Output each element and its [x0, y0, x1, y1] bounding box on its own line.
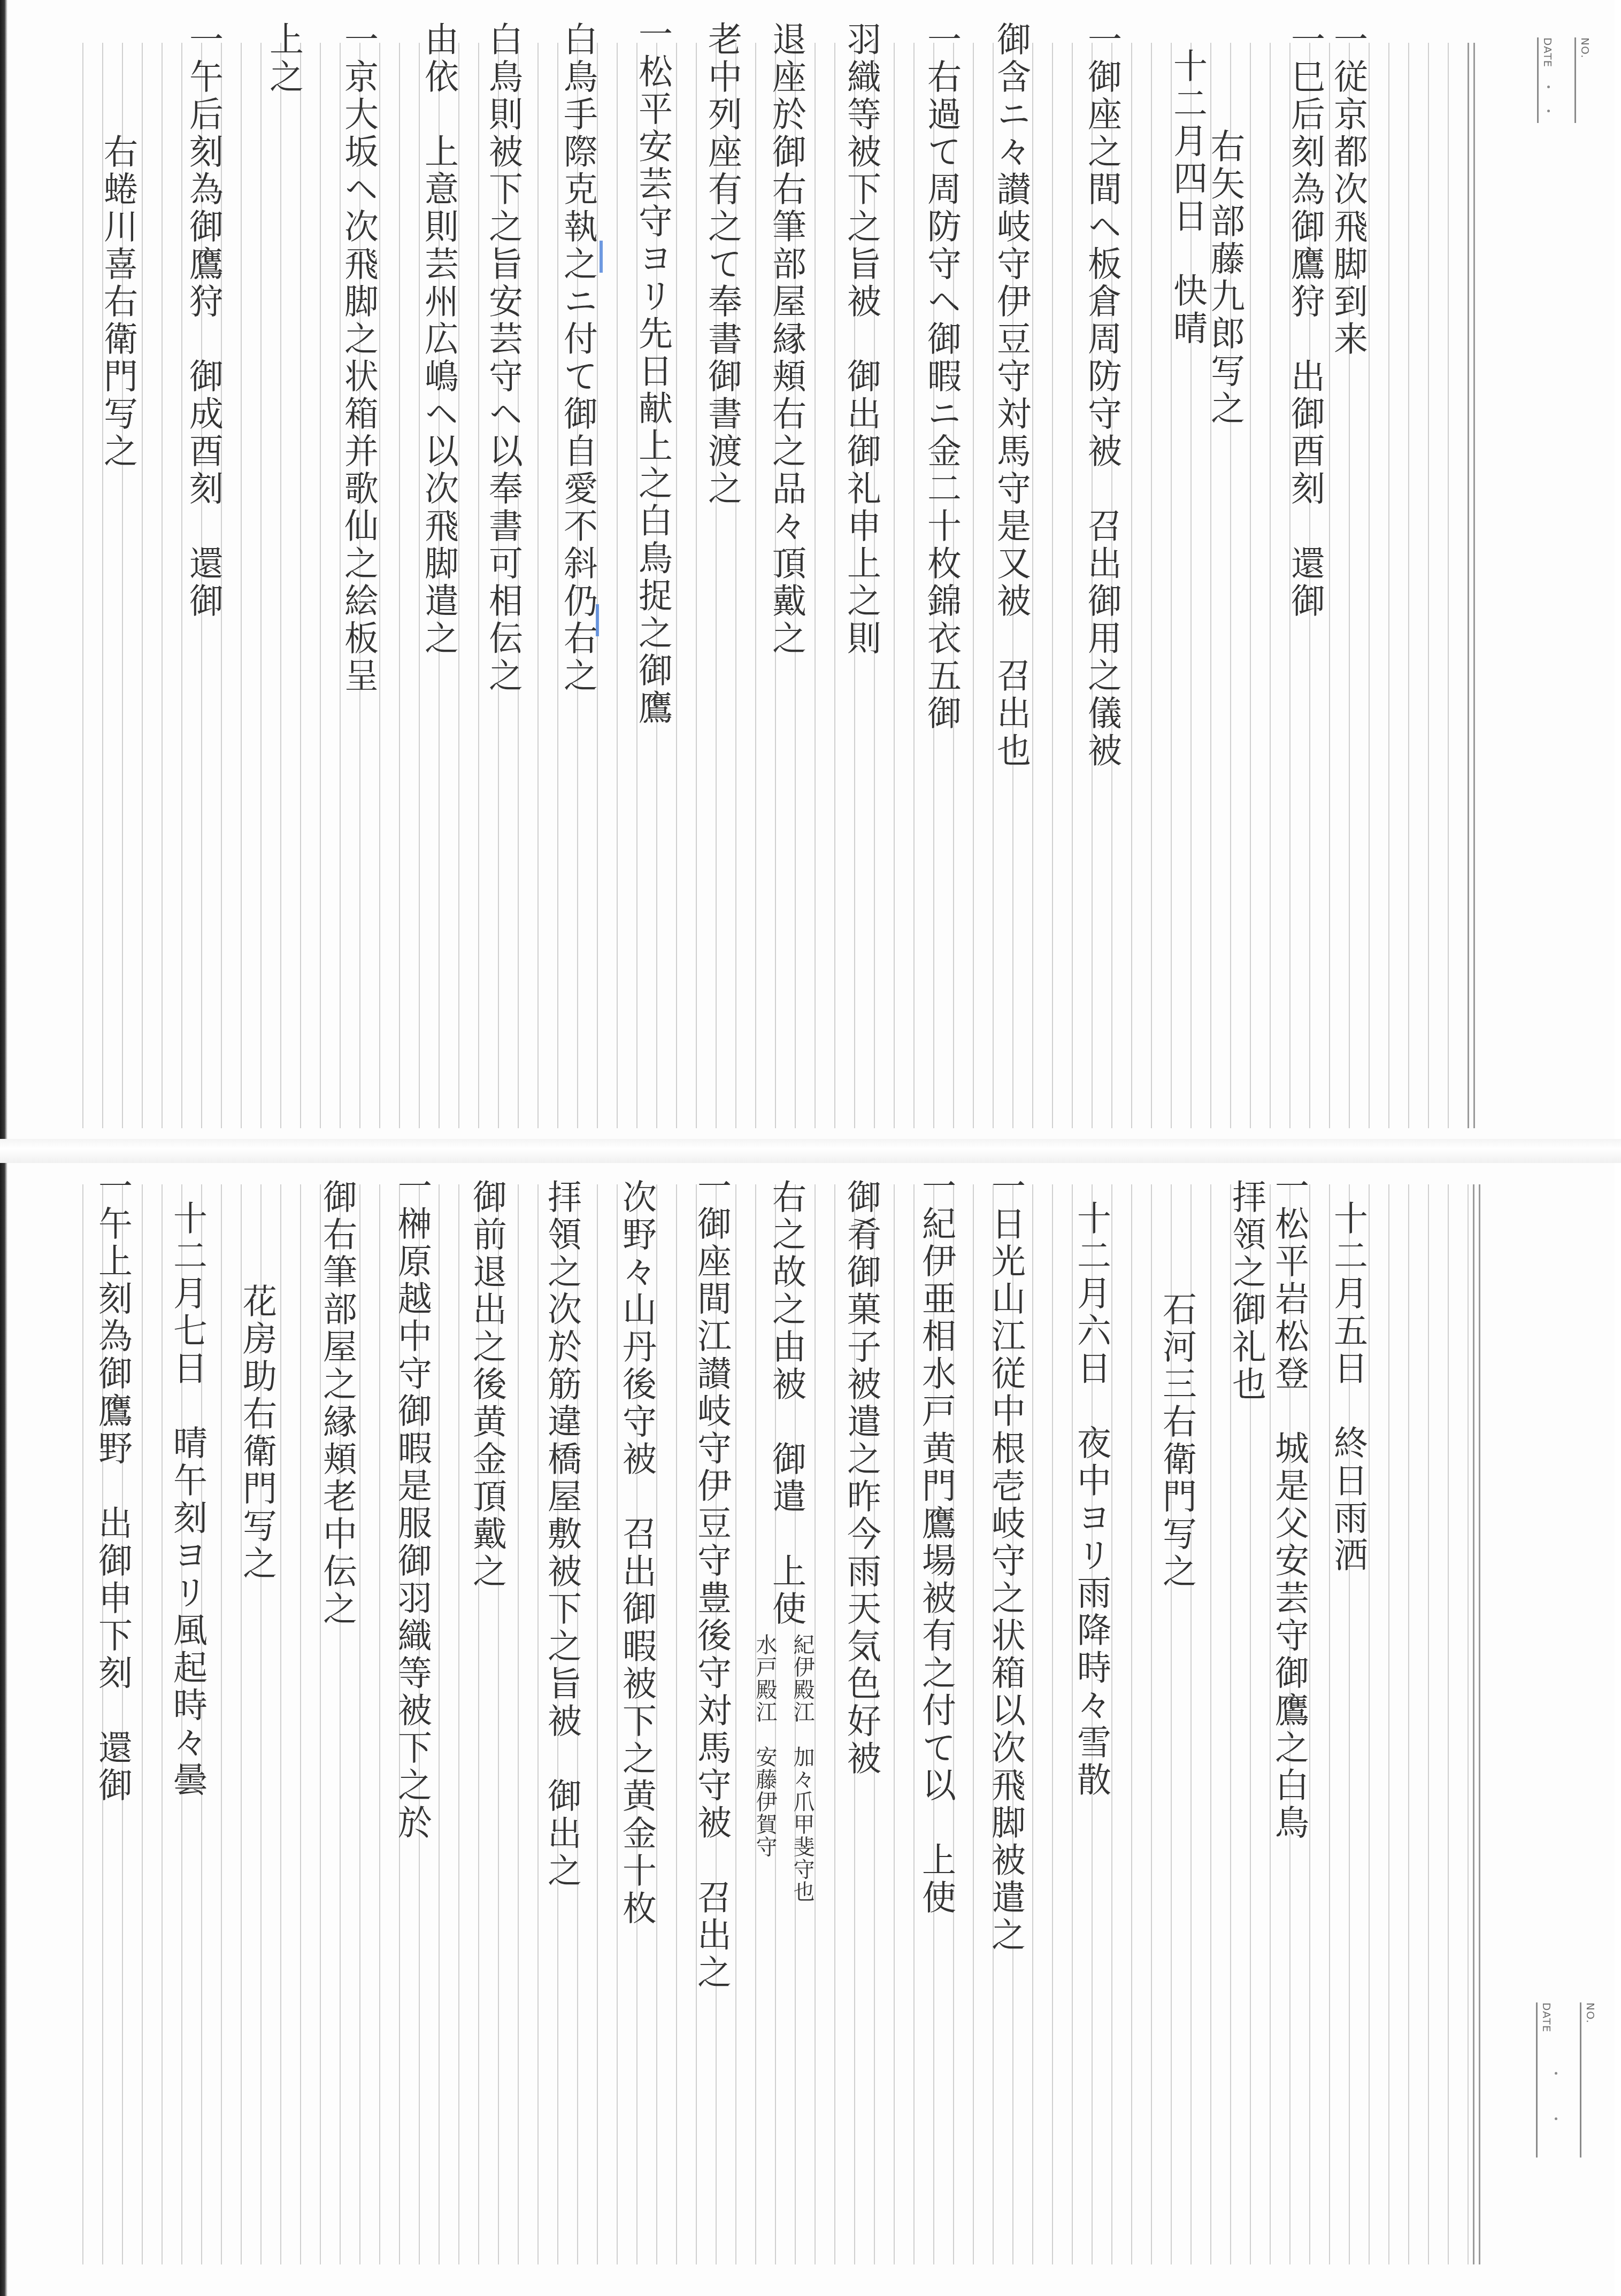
ruled-line [1428, 43, 1429, 1128]
handwritten-column: 一午后刻為御鷹狩 御成酉刻 還御 [184, 21, 222, 620]
handwritten-column: 御肴御菓子被遣之昨今雨天気色好被 [842, 1179, 880, 1778]
ruled-line [1032, 1184, 1033, 2264]
date-separator-dot [1555, 2072, 1557, 2075]
ruled-line [617, 43, 618, 1128]
ruled-line [1111, 1184, 1112, 2264]
no-field-line [1580, 2002, 1581, 2158]
handwritten-column: 白鳥手際克執之ニ付て御自愛不斜仍右之 [558, 21, 597, 695]
ruled-line [300, 1184, 301, 2264]
handwritten-column: 一日光山江従中根壱岐守之状箱以次飛脚被遣之 [986, 1168, 1025, 1954]
ruled-line [894, 43, 895, 1128]
ruled-line [1052, 1184, 1053, 2264]
handwritten-column: 一松平岩松登 城是父安芸守御鷹之白鳥 [1270, 1168, 1308, 1842]
ruled-line [1072, 43, 1073, 1128]
handwritten-column: 拝領之次於筋違橋屋敷被下之旨被 御出之 [542, 1179, 581, 1890]
handwritten-column: 一巳后刻為御鷹狩 出御酉刻 還御 [1286, 21, 1324, 620]
date-separator-dot [1547, 110, 1550, 112]
ruled-line [82, 43, 83, 1128]
ruled-line [1032, 43, 1033, 1128]
handwritten-column: 一右過て周防守ヘ御暇ニ金二十枚錦衣五御 [922, 21, 961, 733]
date-separator-dot [1555, 2117, 1557, 2120]
ruled-line [399, 43, 400, 1128]
blue-ink-mark [596, 604, 599, 636]
handwritten-column: 御含ニ々讃岐守伊豆守対馬守是又被 召出也 [992, 21, 1030, 770]
ruled-line [1448, 1184, 1449, 2264]
ruled-line [162, 43, 163, 1128]
page-margin-double-rule [1468, 43, 1475, 1128]
ruled-line [834, 43, 835, 1128]
handwritten-column: 御右筆部屋之縁頬老中伝之 [318, 1179, 356, 1628]
ruled-line [676, 1184, 677, 2264]
handwritten-column: 御前退出之後黄金頂戴之 [467, 1179, 506, 1591]
handwritten-column: 一御座間江讃岐守伊豆守豊後守対馬守被 召出之 [692, 1168, 731, 1992]
ruled-line [1131, 1184, 1132, 2264]
ruled-line [1369, 1184, 1370, 2264]
notebook-page-bottom: NO. DATE 十二月五日 終日雨洒一松平岩松登 城是父安芸守御鷹之白鳥拝領之… [7, 1163, 1615, 2296]
ruled-line [1408, 1184, 1409, 2264]
ruled-line [280, 1184, 281, 2264]
ruled-line [1448, 43, 1449, 1128]
handwritten-column: 一京大坂ヘ次飛脚之状箱并歌仙之絵板呈 [339, 21, 378, 695]
ruled-line [241, 43, 242, 1128]
page-header-box: NO. DATE [1494, 37, 1601, 198]
ruled-line [1151, 43, 1152, 1128]
ruled-line [913, 43, 915, 1128]
handwritten-column: 十二月五日 終日雨洒 [1328, 1200, 1367, 1575]
page-header-box: NO. DATE [1494, 1944, 1601, 2104]
ruled-line [359, 1184, 360, 2264]
ruled-line [1388, 43, 1389, 1128]
ruled-line [913, 1184, 915, 2264]
date-field-line [1537, 37, 1539, 123]
no-field-line [1574, 37, 1576, 123]
ruled-line [1210, 1184, 1211, 2264]
ruled-line [735, 1184, 736, 2264]
ruled-line [656, 1184, 657, 2264]
handwritten-column: 一紀伊亜相水戸黄門鷹場被有之付て以 上使 [917, 1168, 955, 1917]
ruled-line [320, 43, 321, 1128]
handwritten-column: 次野々山丹後守被 召出御暇被下之黄金十枚 [617, 1179, 656, 1928]
blue-ink-mark [600, 241, 603, 273]
handwritten-column: 十二月七日 晴午刻ヨリ風起時々曇 [168, 1200, 206, 1799]
ruled-line [518, 1184, 519, 2264]
handwritten-column: 右蜷川喜右衛門写之 [98, 134, 137, 471]
handwritten-column: 十二月四日 快晴 [1168, 48, 1207, 348]
ruled-line [1388, 1184, 1389, 2264]
handwritten-column: 一榊原越中守御暇是服御羽織等被下之於 [393, 1168, 431, 1842]
handwritten-column: 老中列座有之て奉書御書渡之 [703, 21, 741, 508]
page-margin-double-rule [1473, 1184, 1480, 2264]
ruled-line [676, 43, 677, 1128]
handwritten-column: 花房助右衛門写之 [237, 1283, 276, 1583]
ruled-line [379, 1184, 380, 2264]
ruled-line [181, 43, 182, 1128]
handwritten-column: 白鳥則被下之旨安芸守ヘ以奉書可相伝之 [483, 21, 522, 695]
ruled-line [1468, 1184, 1469, 2264]
handwritten-column: 右矢部藤九郎写之 [1205, 128, 1244, 428]
handwritten-column: 由依 上意則芸州広嶋ヘ以次飛脚遣之 [419, 21, 458, 658]
ruled-line [1408, 43, 1409, 1128]
handwritten-column: 一従京都次飛脚到来 [1328, 21, 1367, 358]
date-label: DATE [1541, 37, 1554, 67]
ruled-line [894, 1184, 895, 2264]
notebook-page-top: NO. DATE 一従京都次飛脚到来一巳后刻為御鷹狩 出御酉刻 還御右矢部藤九郎… [7, 0, 1615, 1139]
date-field-line [1536, 2002, 1538, 2158]
ruled-line [815, 43, 816, 1128]
ruled-line [1250, 43, 1251, 1128]
page-fold-gutter [0, 1139, 1621, 1163]
ruled-line [973, 1184, 974, 2264]
ruled-line [1309, 1184, 1310, 2264]
ruled-line [142, 1184, 143, 2264]
ruled-line [1131, 43, 1132, 1128]
ruled-line [458, 1184, 459, 2264]
ruled-line [439, 1184, 440, 2264]
ruled-line [300, 43, 301, 1128]
ruled-line [260, 43, 262, 1128]
ruled-line [973, 43, 974, 1128]
ruled-line [478, 43, 479, 1128]
ruled-line [597, 1184, 598, 2264]
handwritten-column: 水戸殿江 安藤伊賀守 [746, 1634, 784, 1858]
handwritten-column: 一午上刻為御鷹野 出御申下刻 還御 [93, 1168, 132, 1805]
ruled-line [1428, 1184, 1429, 2264]
date-separator-dot [1547, 86, 1550, 88]
ruled-line [834, 1184, 835, 2264]
handwritten-column: 石河三右衛門写之 [1157, 1291, 1196, 1591]
no-label: NO. [1584, 2002, 1597, 2023]
handwritten-column: 一松平安芸守ヨリ先日献上之白鳥捉之御鷹 [633, 16, 672, 727]
ruled-line [280, 43, 281, 1128]
ruled-line [537, 1184, 539, 2264]
ruled-line [1151, 1184, 1152, 2264]
ruled-line [82, 1184, 83, 2264]
no-label: NO. [1579, 37, 1592, 58]
handwritten-column: 一御座之間ヘ板倉周防守被 召出御用之儀被 [1082, 21, 1121, 770]
ruled-line [142, 43, 143, 1128]
ruled-line [755, 43, 756, 1128]
ruled-line [379, 43, 380, 1128]
handwritten-column: 羽織等被下之旨被 御出御礼申上之則 [842, 21, 880, 658]
ruled-line [696, 43, 697, 1128]
ruled-line [537, 43, 539, 1128]
handwritten-column: 十二月六日 夜中ヨリ雨降時々雪散 [1072, 1200, 1110, 1799]
date-label: DATE [1540, 2002, 1553, 2032]
ruled-line [1369, 43, 1370, 1128]
ruled-line [458, 43, 459, 1128]
ruled-line [1052, 43, 1053, 1128]
ruled-line [221, 1184, 222, 2264]
ruled-line [162, 1184, 163, 2264]
ruled-line [1270, 43, 1271, 1128]
handwritten-column: 退座於御右筆部屋縁頬右之品々頂戴之 [767, 21, 805, 658]
handwritten-column: 拝領之御礼也 [1227, 1179, 1265, 1404]
handwritten-column: 紀伊殿江 加々爪甲斐守也 [783, 1634, 821, 1903]
handwritten-column: 上之 [264, 21, 303, 96]
handwritten-column: 右之故之由被 御遣 上使 [767, 1179, 805, 1628]
